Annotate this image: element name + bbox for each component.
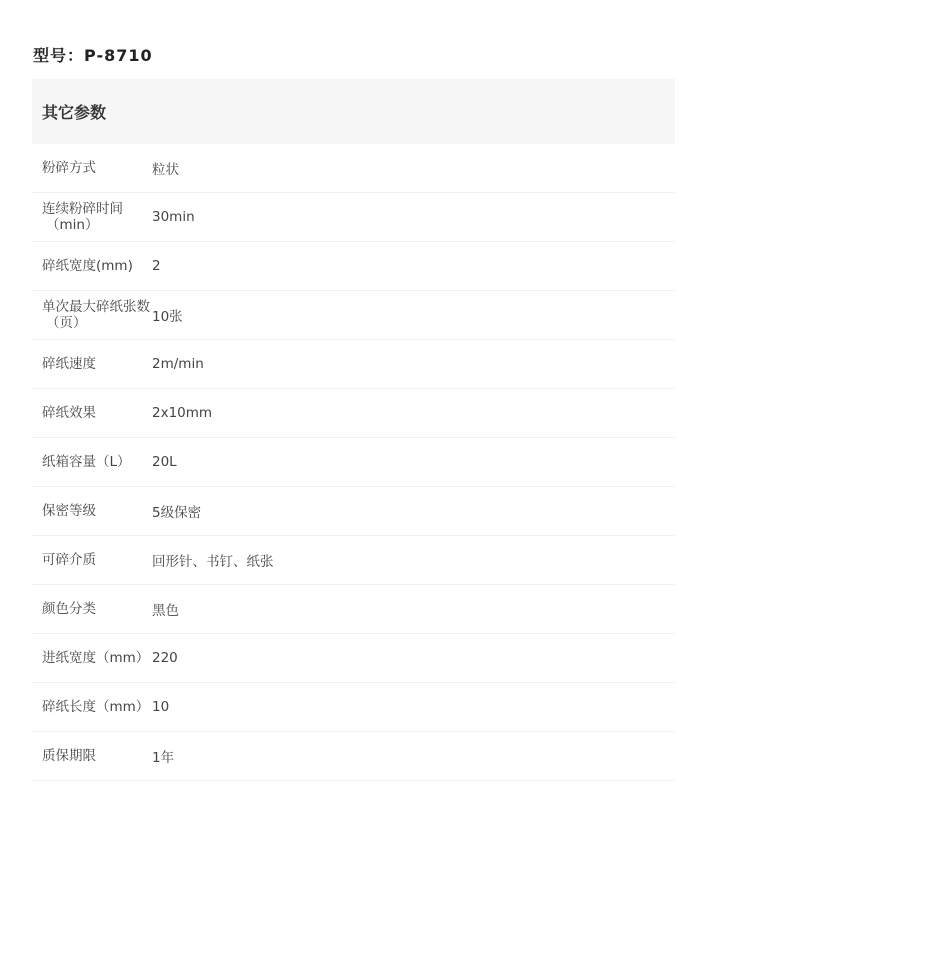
spec-row: 连续粉碎时间（min） 30min: [32, 193, 675, 242]
spec-value: 2m/min: [152, 356, 204, 372]
spec-value: 黑色: [152, 599, 179, 619]
spec-value: 回形针、书钉、纸张: [152, 550, 274, 570]
spec-label: 保密等级: [32, 503, 152, 519]
spec-row: 保密等级 5级保密: [32, 487, 675, 536]
spec-value: 10: [152, 699, 169, 715]
spec-label: 纸箱容量（L）: [32, 454, 152, 470]
spec-label: 可碎介质: [32, 552, 152, 568]
spec-value: 5级保密: [152, 501, 201, 521]
spec-label: 连续粉碎时间（min）: [32, 201, 152, 233]
spec-label: 粉碎方式: [32, 160, 152, 176]
spec-value: 220: [152, 650, 178, 666]
spec-value: 10张: [152, 305, 183, 325]
spec-value: 1年: [152, 746, 174, 766]
spec-label: 碎纸效果: [32, 405, 152, 421]
spec-row: 单次最大碎纸张数（页） 10张: [32, 291, 675, 340]
spec-label: 质保期限: [32, 748, 152, 764]
spec-row: 纸箱容量（L） 20L: [32, 438, 675, 487]
spec-row: 碎纸长度（mm） 10: [32, 683, 675, 732]
spec-label: 单次最大碎纸张数（页）: [32, 299, 152, 331]
spec-row: 可碎介质 回形针、书钉、纸张: [32, 536, 675, 585]
section-title: 其它参数: [32, 79, 675, 144]
spec-row: 颜色分类 黑色: [32, 585, 675, 634]
spec-label: 进纸宽度（mm）: [32, 650, 152, 666]
spec-label: 碎纸长度（mm）: [32, 699, 152, 715]
spec-value: 粒状: [152, 158, 179, 178]
spec-table: 其它参数 粉碎方式 粒状 连续粉碎时间（min） 30min 碎纸宽度(mm) …: [32, 79, 675, 781]
spec-label: 碎纸宽度(mm): [32, 258, 152, 274]
spec-value: 30min: [152, 209, 195, 225]
model-number: 型号：P-8710: [33, 43, 153, 66]
spec-row: 质保期限 1年: [32, 732, 675, 781]
spec-label: 碎纸速度: [32, 356, 152, 372]
spec-row: 碎纸效果 2x10mm: [32, 389, 675, 438]
spec-label: 颜色分类: [32, 601, 152, 617]
spec-row: 碎纸速度 2m/min: [32, 340, 675, 389]
spec-row: 碎纸宽度(mm) 2: [32, 242, 675, 291]
spec-value: 2: [152, 258, 161, 274]
spec-row: 进纸宽度（mm） 220: [32, 634, 675, 683]
spec-value: 2x10mm: [152, 405, 212, 421]
spec-row: 粉碎方式 粒状: [32, 144, 675, 193]
spec-value: 20L: [152, 454, 177, 470]
